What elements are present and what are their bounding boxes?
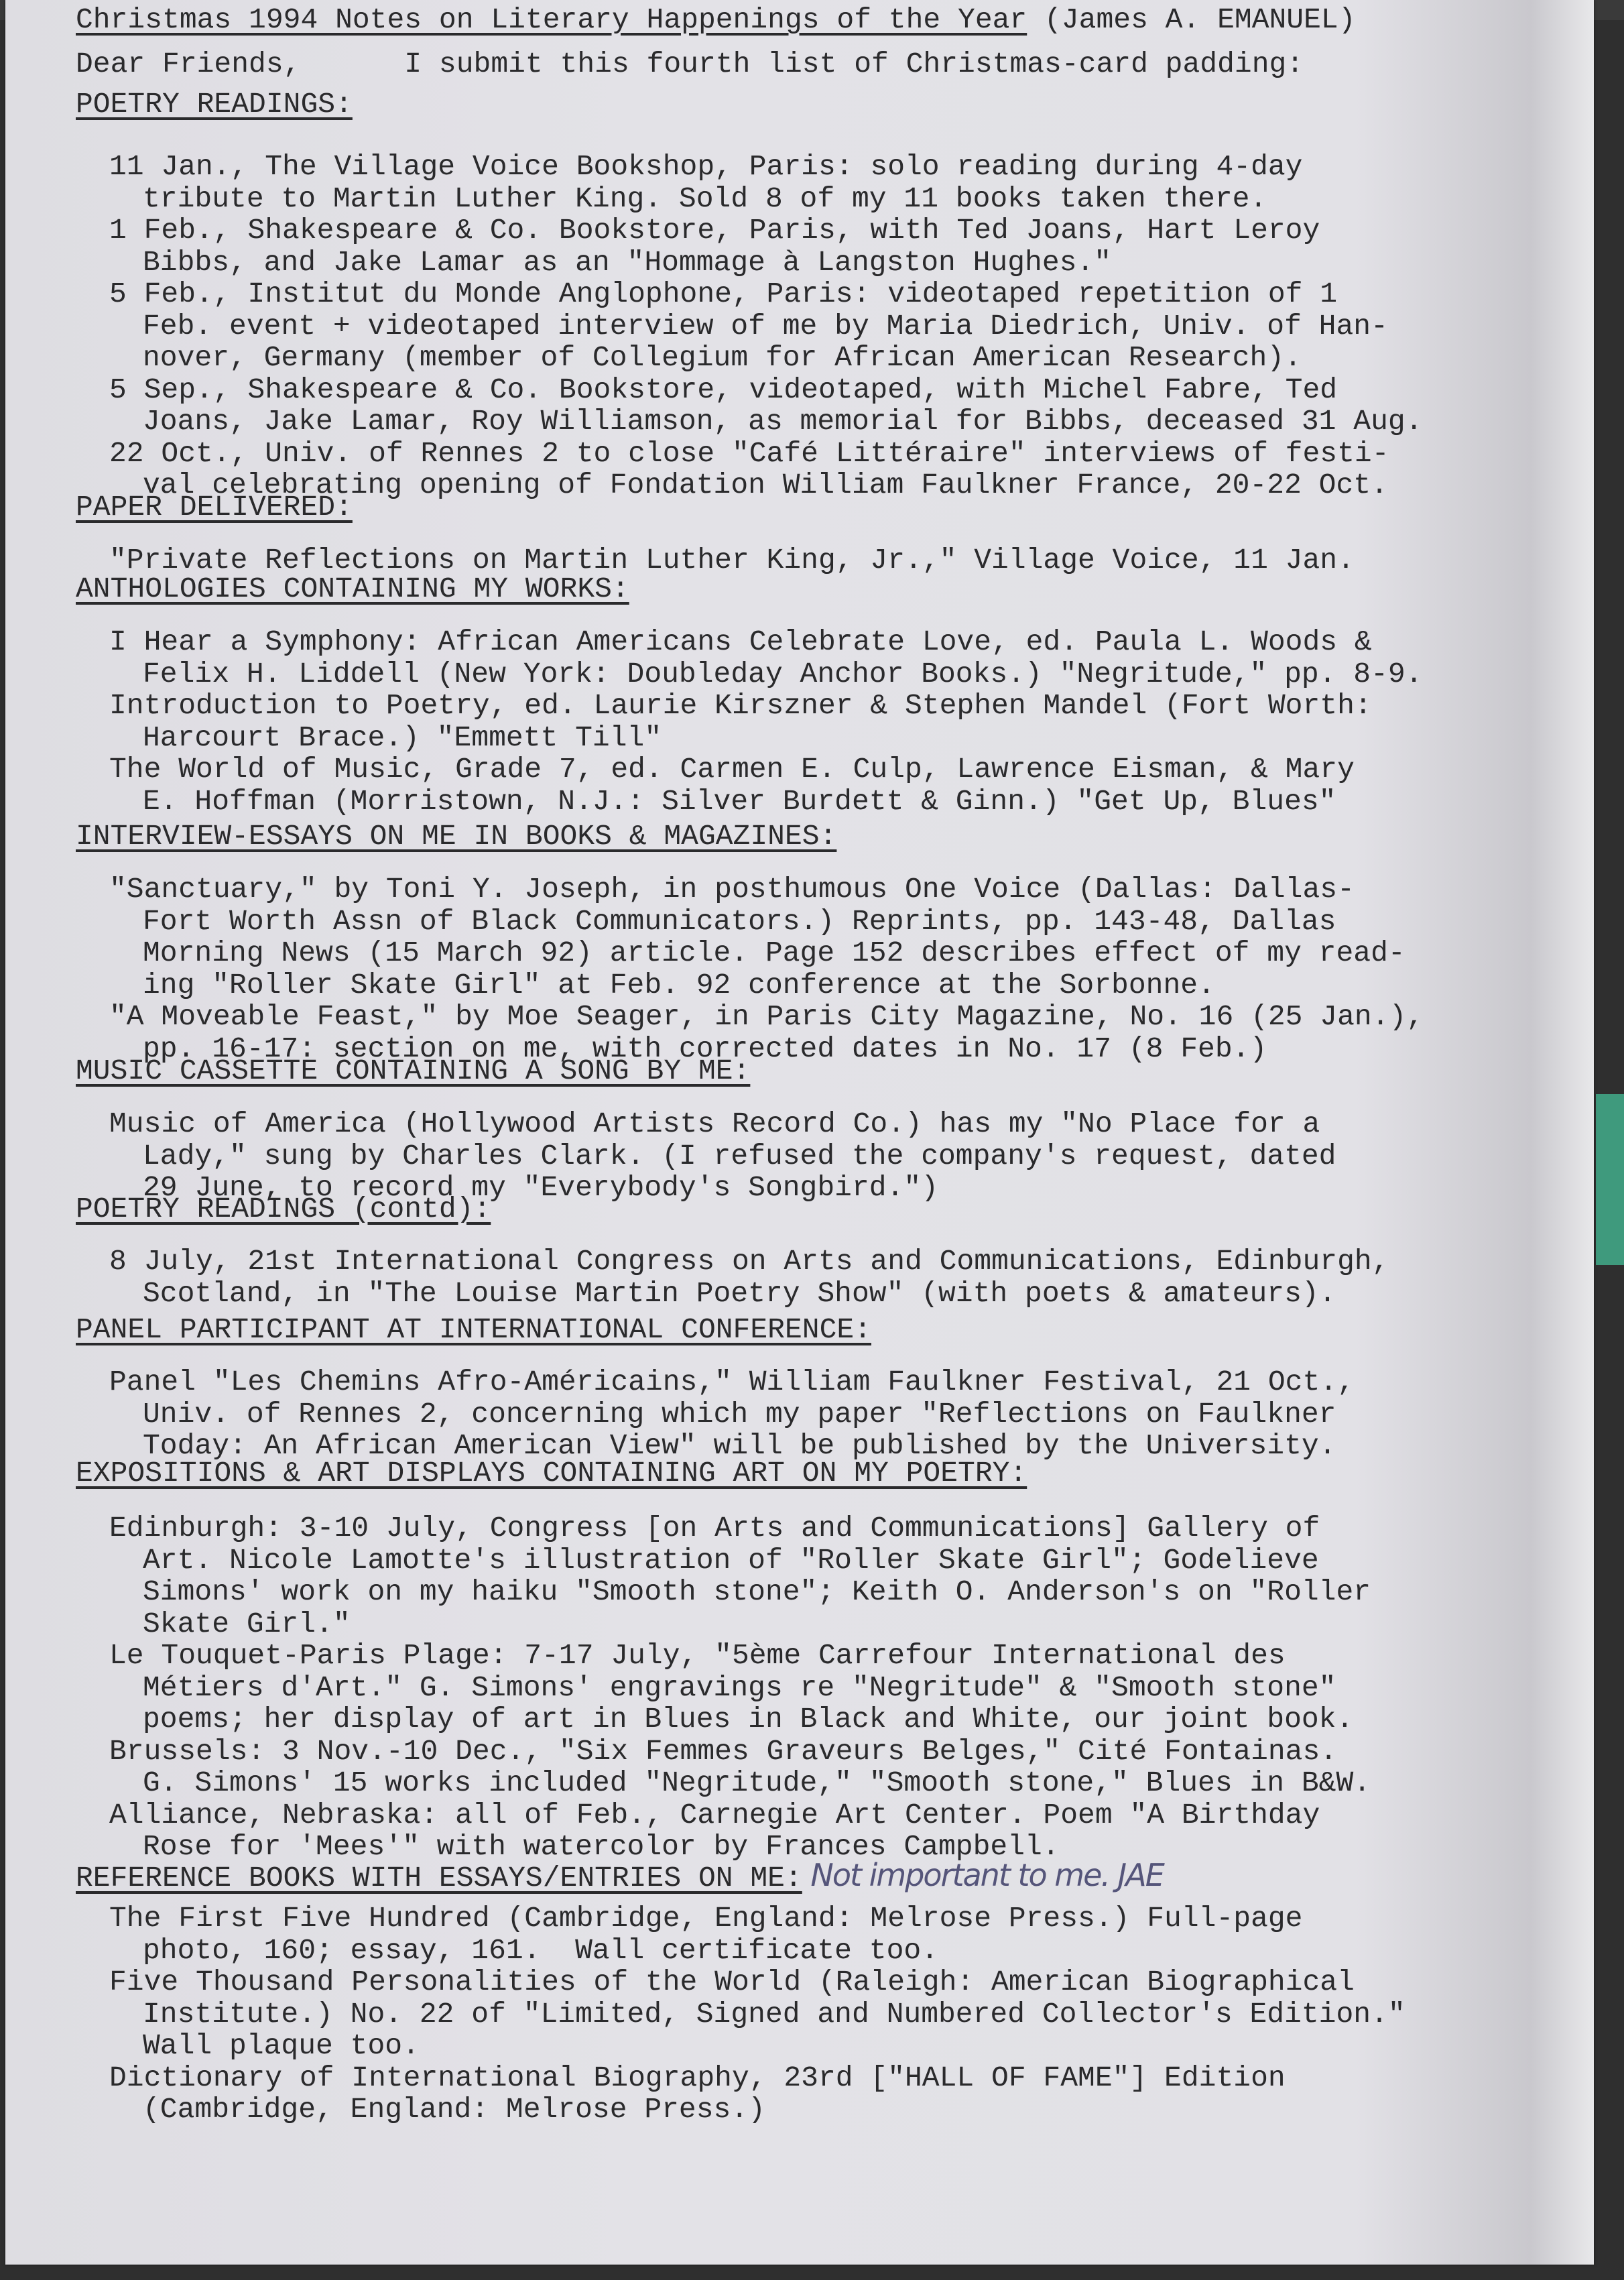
- entry-first-line: Panel "Les Chemins Afro-Américains," Wil…: [109, 1366, 1355, 1398]
- entry-continuation-line: ing "Roller Skate Girl" at Feb. 92 confe…: [143, 969, 1215, 1001]
- entry-continuation-line: poems; her display of art in Blues in Bl…: [143, 1703, 1353, 1735]
- entry-continuation-line: Métiers d'Art." G. Simons' engravings re…: [143, 1672, 1336, 1703]
- entry-first-line: 1 Feb., Shakespeare & Co. Bookstore, Par…: [109, 215, 1320, 246]
- entry-continuation-line: Fort Worth Assn of Black Communicators.)…: [143, 906, 1336, 937]
- entry-continuation-line: G. Simons' 15 works included "Negritude,…: [143, 1767, 1371, 1799]
- entry-first-line: Alliance, Nebraska: all of Feb., Carnegi…: [109, 1799, 1320, 1831]
- entry-continuation-line: Lady," sung by Charles Clark. (I refused…: [143, 1140, 1336, 1172]
- section-heading: POETRY READINGS:: [76, 88, 353, 120]
- salutation-line: Dear Friends, I submit this fourth list …: [76, 48, 1304, 80]
- entry-continuation-line: Morning News (15 March 92) article. Page…: [143, 937, 1406, 969]
- entry-continuation-line: nover, Germany (member of Collegium for …: [143, 342, 1302, 373]
- document-author: (James A. EMANUEL): [1044, 3, 1355, 36]
- section-heading: EXPOSITIONS & ART DISPLAYS CONTAINING AR…: [76, 1457, 1027, 1489]
- entry-first-line: 8 July, 21st International Congress on A…: [109, 1246, 1389, 1277]
- section-heading-text: POETRY READINGS:: [76, 88, 353, 121]
- entry-continuation-line: Univ. of Rennes 2, concerning which my p…: [143, 1398, 1336, 1430]
- entry-continuation-line: Wall plaque too.: [143, 2030, 420, 2061]
- entry-first-line: Le Touquet-Paris Plage: 7-17 July, "5ème…: [109, 1640, 1286, 1671]
- entry-first-line: "Private Reflections on Martin Luther Ki…: [109, 544, 1355, 576]
- salutation: Dear Friends,: [76, 48, 300, 80]
- entry-first-line: The First Five Hundred (Cambridge, Engla…: [109, 1903, 1303, 1934]
- section-heading: POETRY READINGS (contd):: [76, 1193, 491, 1225]
- entry-continuation-line: Institute.) No. 22 of "Limited, Signed a…: [143, 1998, 1406, 2030]
- handwritten-note: Not important to me. JAE: [802, 1857, 1164, 1893]
- entry-continuation-line: tribute to Martin Luther King. Sold 8 of…: [143, 183, 1267, 215]
- green-folder-tab: [1596, 1094, 1624, 1265]
- entry-first-line: Music of America (Hollywood Artists Reco…: [109, 1108, 1320, 1140]
- entry-first-line: "A Moveable Feast," by Moe Seager, in Pa…: [109, 1001, 1424, 1032]
- intro-text: I submit this fourth list of Christmas-c…: [404, 48, 1304, 80]
- entry-continuation-line: Simons' work on my haiku "Smooth stone";…: [143, 1576, 1371, 1608]
- entry-first-line: Edinburgh: 3-10 July, Congress [on Arts …: [109, 1512, 1320, 1544]
- entry-continuation-line: photo, 160; essay, 161. Wall certificate…: [143, 1935, 938, 1966]
- entry-continuation-line: E. Hoffman (Morristown, N.J.: Silver Bur…: [143, 786, 1336, 817]
- entry-continuation-line: Art. Nicole Lamotte's illustration of "R…: [143, 1545, 1319, 1576]
- section-heading: INTERVIEW-ESSAYS ON ME IN BOOKS & MAGAZI…: [76, 821, 836, 852]
- entry-first-line: 11 Jan., The Village Voice Bookshop, Par…: [109, 151, 1303, 182]
- typewritten-page: Christmas 1994 Notes on Literary Happeni…: [5, 0, 1594, 2265]
- section-heading-text: PAPER DELIVERED:: [76, 491, 353, 524]
- entry-continuation-line: Harcourt Brace.) "Emmett Till": [143, 722, 662, 754]
- entry-first-line: Introduction to Poetry, ed. Laurie Kirsz…: [109, 690, 1372, 721]
- entry-continuation-line: Feb. event + videotaped interview of me …: [143, 310, 1388, 342]
- section-heading-text: EXPOSITIONS & ART DISPLAYS CONTAINING AR…: [76, 1457, 1027, 1490]
- entry-first-line: 5 Sep., Shakespeare & Co. Bookstore, vid…: [109, 374, 1337, 406]
- entry-first-line: I Hear a Symphony: African Americans Cel…: [109, 626, 1372, 658]
- entry-continuation-line: Scotland, in "The Louise Martin Poetry S…: [143, 1278, 1336, 1309]
- entry-first-line: Five Thousand Personalities of the World…: [109, 1966, 1355, 1998]
- document-title: Christmas 1994 Notes on Literary Happeni…: [76, 3, 1027, 36]
- entry-first-line: 22 Oct., Univ. of Rennes 2 to close "Caf…: [109, 438, 1389, 469]
- section-heading: ANTHOLOGIES CONTAINING MY WORKS:: [76, 573, 629, 605]
- entry-continuation-line: Joans, Jake Lamar, Roy Williamson, as me…: [143, 406, 1423, 437]
- entry-first-line: Dictionary of International Biography, 2…: [109, 2062, 1286, 2094]
- title-line: Christmas 1994 Notes on Literary Happeni…: [76, 4, 1356, 36]
- entry-first-line: 5 Feb., Institut du Monde Anglophone, Pa…: [109, 278, 1337, 310]
- entry-continuation-line: (Cambridge, England: Melrose Press.): [143, 2094, 765, 2125]
- section-heading: PAPER DELIVERED:: [76, 491, 353, 523]
- section-heading-text: PANEL PARTICIPANT AT INTERNATIONAL CONFE…: [76, 1313, 871, 1346]
- section-heading: MUSIC CASSETTE CONTAINING A SONG BY ME:: [76, 1055, 750, 1087]
- section-heading-text: MUSIC CASSETTE CONTAINING A SONG BY ME:: [76, 1055, 750, 1087]
- entry-first-line: The World of Music, Grade 7, ed. Carmen …: [109, 754, 1355, 785]
- entry-continuation-line: Bibbs, and Jake Lamar as an "Hommage à L…: [143, 247, 1111, 278]
- entry-continuation-line: Skate Girl.": [143, 1608, 351, 1640]
- entry-first-line: Brussels: 3 Nov.-10 Dec., "Six Femmes Gr…: [109, 1736, 1337, 1767]
- section-heading-text: ANTHOLOGIES CONTAINING MY WORKS:: [76, 573, 629, 605]
- entry-continuation-line: Felix H. Liddell (New York: Doubleday An…: [143, 658, 1423, 690]
- section-heading: REFERENCE BOOKS WITH ESSAYS/ENTRIES ON M…: [76, 1860, 1164, 1894]
- section-heading-text: POETRY READINGS (contd):: [76, 1193, 491, 1225]
- entry-first-line: "Sanctuary," by Toni Y. Joseph, in posth…: [109, 874, 1355, 905]
- section-heading-text: REFERENCE BOOKS WITH ESSAYS/ENTRIES ON M…: [76, 1862, 802, 1895]
- section-heading-text: INTERVIEW-ESSAYS ON ME IN BOOKS & MAGAZI…: [76, 820, 836, 853]
- section-heading: PANEL PARTICIPANT AT INTERNATIONAL CONFE…: [76, 1314, 871, 1345]
